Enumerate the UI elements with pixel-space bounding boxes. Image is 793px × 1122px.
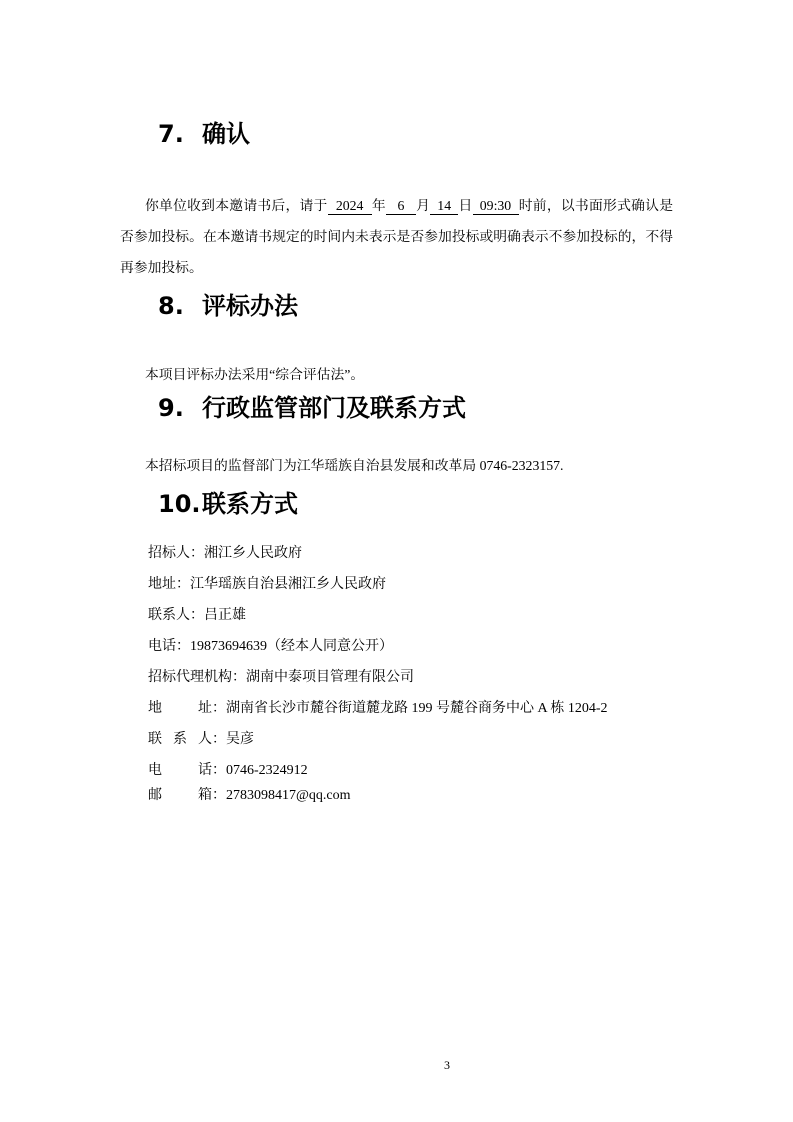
colon: ：: [190, 608, 204, 623]
confirm-seg1: 你单位收到本邀请书后，请于: [145, 198, 328, 213]
confirmation-paragraph: 你单位收到本邀请书后，请于2024年6月14日09:30时前，以书面形式确认是否…: [120, 190, 673, 283]
confirm-month-blank: 6: [386, 197, 416, 215]
contact-label: 地址: [148, 701, 212, 717]
contact-row-agency-person: 联系人：吴彦: [120, 732, 673, 748]
section-10-number: 10.: [158, 490, 202, 518]
contact-list: 招标人：湘江乡人民政府 地址：江华瑶族自治县湘江乡人民政府 联系人：吕正雄 电话…: [120, 546, 673, 804]
colon: ：: [212, 701, 226, 716]
contact-label: 邮箱: [148, 788, 212, 804]
colon: ：: [232, 670, 246, 685]
section-9-title: 行政监管部门及联系方式: [202, 394, 466, 422]
confirm-day-blank: 14: [430, 197, 458, 215]
confirm-time-blank: 09:30: [473, 197, 519, 215]
colon: ：: [212, 732, 226, 747]
colon: ：: [212, 763, 226, 778]
colon: ：: [190, 546, 204, 561]
contact-value: 湖南省长沙市麓谷街道麓龙路 199 号麓谷商务中心 A 栋 1204-2: [226, 701, 608, 716]
contact-label: 联系人: [148, 608, 190, 623]
contact-label: 招标代理机构: [148, 670, 232, 685]
page-number: 3: [444, 1058, 450, 1072]
contact-label: 地址: [148, 577, 176, 592]
section-9-heading: 9. 行政监管部门及联系方式: [120, 394, 673, 422]
contact-row-tenderee: 招标人：湘江乡人民政府: [120, 546, 673, 562]
contact-value: 2783098417@qq.com: [226, 788, 351, 803]
contact-row-tenderee-phone: 电话：19873694639（经本人同意公开）: [120, 639, 673, 655]
colon: ：: [212, 788, 226, 803]
contact-value: 吴彦: [226, 732, 254, 747]
colon: ：: [176, 639, 190, 654]
contact-value: 吕正雄: [204, 608, 246, 623]
section-8-heading: 8. 评标办法: [120, 292, 673, 320]
confirm-seg4: 日: [458, 198, 472, 213]
contact-value: 19873694639（经本人同意公开）: [190, 639, 393, 654]
contact-value: 湖南中泰项目管理有限公司: [246, 670, 414, 685]
contact-label: 联系人: [148, 732, 212, 748]
contact-row-tenderee-address: 地址：江华瑶族自治县湘江乡人民政府: [120, 577, 673, 593]
contact-row-tenderee-person: 联系人：吕正雄: [120, 608, 673, 624]
contact-value: 0746-2324912: [226, 763, 308, 778]
confirm-year-blank: 2024: [328, 197, 372, 215]
document-page: 7. 确认 你单位收到本邀请书后，请于2024年6月14日09:30时前，以书面…: [0, 0, 793, 1122]
contact-row-agency-email: 邮箱：2783098417@qq.com: [120, 788, 673, 804]
contact-row-agency-address: 地址：湖南省长沙市麓谷街道麓龙路 199 号麓谷商务中心 A 栋 1204-2: [120, 701, 673, 717]
section-10-title: 联系方式: [202, 490, 298, 518]
confirm-seg3: 月: [416, 198, 430, 213]
section-10-heading: 10. 联系方式: [120, 490, 673, 518]
contact-label: 电话: [148, 639, 176, 654]
contact-label: 电话: [148, 763, 212, 779]
contact-value: 江华瑶族自治县湘江乡人民政府: [190, 577, 386, 592]
confirm-seg2: 年: [372, 198, 386, 213]
contact-label: 招标人: [148, 546, 190, 561]
section-7-title: 确认: [202, 120, 250, 148]
contact-value: 湘江乡人民政府: [204, 546, 302, 561]
section-8-title: 评标办法: [202, 292, 298, 320]
contact-row-agency: 招标代理机构：湖南中泰项目管理有限公司: [120, 670, 673, 686]
contact-row-agency-phone: 电话：0746-2324912: [120, 763, 673, 779]
evaluation-method-paragraph: 本项目评标办法采用“综合评估法”。: [120, 359, 673, 390]
section-7-heading: 7. 确认: [120, 120, 673, 148]
section-8-number: 8.: [158, 292, 202, 320]
supervision-department-paragraph: 本招标项目的监督部门为江华瑶族自治县发展和改革局 0746-2323157.: [120, 450, 673, 481]
section-7-number: 7.: [158, 120, 202, 148]
colon: ：: [176, 577, 190, 592]
section-9-number: 9.: [158, 394, 202, 422]
